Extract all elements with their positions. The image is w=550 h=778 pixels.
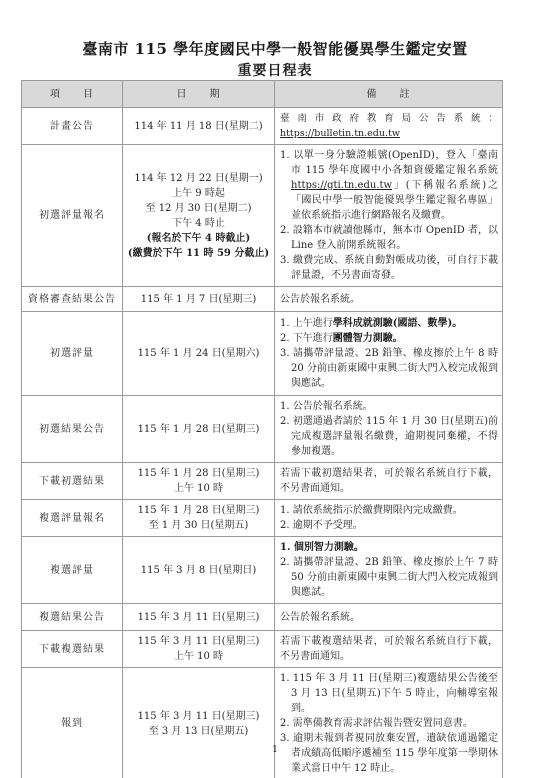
row-date: 115 年 3 月 11 日(星期三) <box>123 604 275 631</box>
row-item: 複選評量報名 <box>22 500 123 537</box>
note-item: 1. 請依系統指示於繳費期限內完成繳費。 <box>280 503 498 518</box>
table-row: 複選評量報名 115 年 1 月 28 日(星期三) 至 1 月 30 日(星期… <box>22 500 503 537</box>
note-item: 2. 逾期不予受理。 <box>280 518 498 533</box>
table-row: 下載複選結果 115 年 3 月 11 日(星期三) 上午 10 時 若需下載複… <box>22 631 503 668</box>
note-item: 2. 設籍本市就讀他縣市，無本市 OpenID 者，以 Line 登入前開系統報… <box>280 223 498 253</box>
row-date: 115 年 1 月 7 日(星期三) <box>123 287 275 312</box>
note-item: 1. 個別智力測驗。 <box>280 540 498 555</box>
row-item: 初選評量報名 <box>22 145 123 287</box>
row-date: 115 年 1 月 24 日(星期六) <box>123 312 275 396</box>
table-row: 初選評量報名 114 年 12 月 22 日(星期一) 上午 9 時起 至 12… <box>22 145 503 287</box>
header-date: 日 期 <box>123 81 275 108</box>
row-note: 1. 115 年 3 月 11 日(星期三)複選結果公告後至 3 月 13 日(… <box>275 668 503 778</box>
row-date: 114 年 11 月 18 日(星期二) <box>123 108 275 145</box>
row-item: 報到 <box>22 668 123 778</box>
row-note: 1. 公告於報名系統。 2. 初選通過者請於 115 年 1 月 30 日(星期… <box>275 396 503 463</box>
document-subtitle: 重要日程表 <box>0 60 550 80</box>
row-date: 115 年 1 月 28 日(星期三) 上午 10 時 <box>123 463 275 500</box>
note-item: 1. 以單一身分驗證帳號(OpenID)，登入「臺南市 115 學年度國中小各類… <box>280 148 498 223</box>
note-item: 2. 初選通過者請於 115 年 1 月 30 日(星期五)前完成複選評量報名繳… <box>280 414 498 459</box>
row-item: 複選評量 <box>22 537 123 604</box>
row-date: 115 年 3 月 11 日(星期三) 至 3 月 13 日(星期五) <box>123 668 275 778</box>
row-date: 115 年 1 月 28 日(星期三) 至 1 月 30 日(星期五) <box>123 500 275 537</box>
row-date: 114 年 12 月 22 日(星期一) 上午 9 時起 至 12 月 30 日… <box>123 145 275 287</box>
row-item: 下載初選結果 <box>22 463 123 500</box>
note-item: 3. 請攜帶評量證、2B 鉛筆、橡皮擦於上午 8 時 20 分前由新東國中東興二… <box>280 346 498 391</box>
table-row: 初選評量 115 年 1 月 24 日(星期六) 1. 上午進行學科成就測驗(國… <box>22 312 503 396</box>
table-row: 初選結果公告 115 年 1 月 28 日(星期三) 1. 公告於報名系統。 2… <box>22 396 503 463</box>
row-note: 公告於報名系統。 <box>275 604 503 631</box>
header-note: 備 註 <box>275 81 503 108</box>
row-item: 資格審查結果公告 <box>22 287 123 312</box>
table-row: 複選結果公告 115 年 3 月 11 日(星期三) 公告於報名系統。 <box>22 604 503 631</box>
row-note: 若需下載複選結果者，可於報名系統自行下載，不另書面通知。 <box>275 631 503 668</box>
row-date: 115 年 1 月 28 日(星期三) <box>123 396 275 463</box>
row-note: 若需下載初選結果者，可於報名系統自行下載，不另書面通知。 <box>275 463 503 500</box>
row-item: 初選結果公告 <box>22 396 123 463</box>
gti-link[interactable]: https://gti.tn.edu.tw <box>291 180 392 191</box>
table-row: 計畫公告 114 年 11 月 18 日(星期二) 臺南市政府教育局公告系統：h… <box>22 108 503 145</box>
table-row: 下載初選結果 115 年 1 月 28 日(星期三) 上午 10 時 若需下載初… <box>22 463 503 500</box>
note-item: 1. 公告於報名系統。 <box>280 399 498 414</box>
row-note: 1. 上午進行學科成就測驗(國語、數學)。 2. 下午進行團體智力測驗。 3. … <box>275 312 503 396</box>
document-title: 臺南市 115 學年度國民中學一般智能優異學生鑑定安置 <box>0 38 550 59</box>
note-item: 2. 請攜帶評量證、2B 鉛筆、橡皮擦於上午 7 時 50 分前由新東國中東興二… <box>280 555 498 600</box>
row-item: 計畫公告 <box>22 108 123 145</box>
table-row: 複選評量 115 年 3 月 8 日(星期日) 1. 個別智力測驗。 2. 請攜… <box>22 537 503 604</box>
row-note: 1. 以單一身分驗證帳號(OpenID)，登入「臺南市 115 學年度國中小各類… <box>275 145 503 287</box>
page-number: 1 <box>0 745 550 755</box>
row-note: 公告於報名系統。 <box>275 287 503 312</box>
row-note: 1. 個別智力測驗。 2. 請攜帶評量證、2B 鉛筆、橡皮擦於上午 7 時 50… <box>275 537 503 604</box>
table-row: 資格審查結果公告 115 年 1 月 7 日(星期三) 公告於報名系統。 <box>22 287 503 312</box>
table-header-row: 項 目 日 期 備 註 <box>22 81 503 108</box>
schedule-table: 項 目 日 期 備 註 計畫公告 114 年 11 月 18 日(星期二) 臺南… <box>21 80 503 778</box>
note-item: 2. 下午進行團體智力測驗。 <box>280 331 498 346</box>
table-row: 報到 115 年 3 月 11 日(星期三) 至 3 月 13 日(星期五) 1… <box>22 668 503 778</box>
row-note: 1. 請依系統指示於繳費期限內完成繳費。 2. 逾期不予受理。 <box>275 500 503 537</box>
note-item: 1. 上午進行學科成就測驗(國語、數學)。 <box>280 316 498 331</box>
row-date: 115 年 3 月 11 日(星期三) 上午 10 時 <box>123 631 275 668</box>
row-date: 115 年 3 月 8 日(星期日) <box>123 537 275 604</box>
note-item: 3. 繳費完成、系統自動對帳成功後，可自行下載評量證，不另書面寄發。 <box>280 253 498 283</box>
row-item: 初選評量 <box>22 312 123 396</box>
note-item: 1. 115 年 3 月 11 日(星期三)複選結果公告後至 3 月 13 日(… <box>280 671 498 716</box>
note-item: 2. 需準備教育需求評估報告暨安置同意書。 <box>280 716 498 731</box>
row-note: 臺南市政府教育局公告系統：https://bulletin.tn.edu.tw <box>275 108 503 145</box>
bulletin-link[interactable]: https://bulletin.tn.edu.tw <box>280 128 400 139</box>
row-item: 複選結果公告 <box>22 604 123 631</box>
header-item: 項 目 <box>22 81 123 108</box>
row-item: 下載複選結果 <box>22 631 123 668</box>
